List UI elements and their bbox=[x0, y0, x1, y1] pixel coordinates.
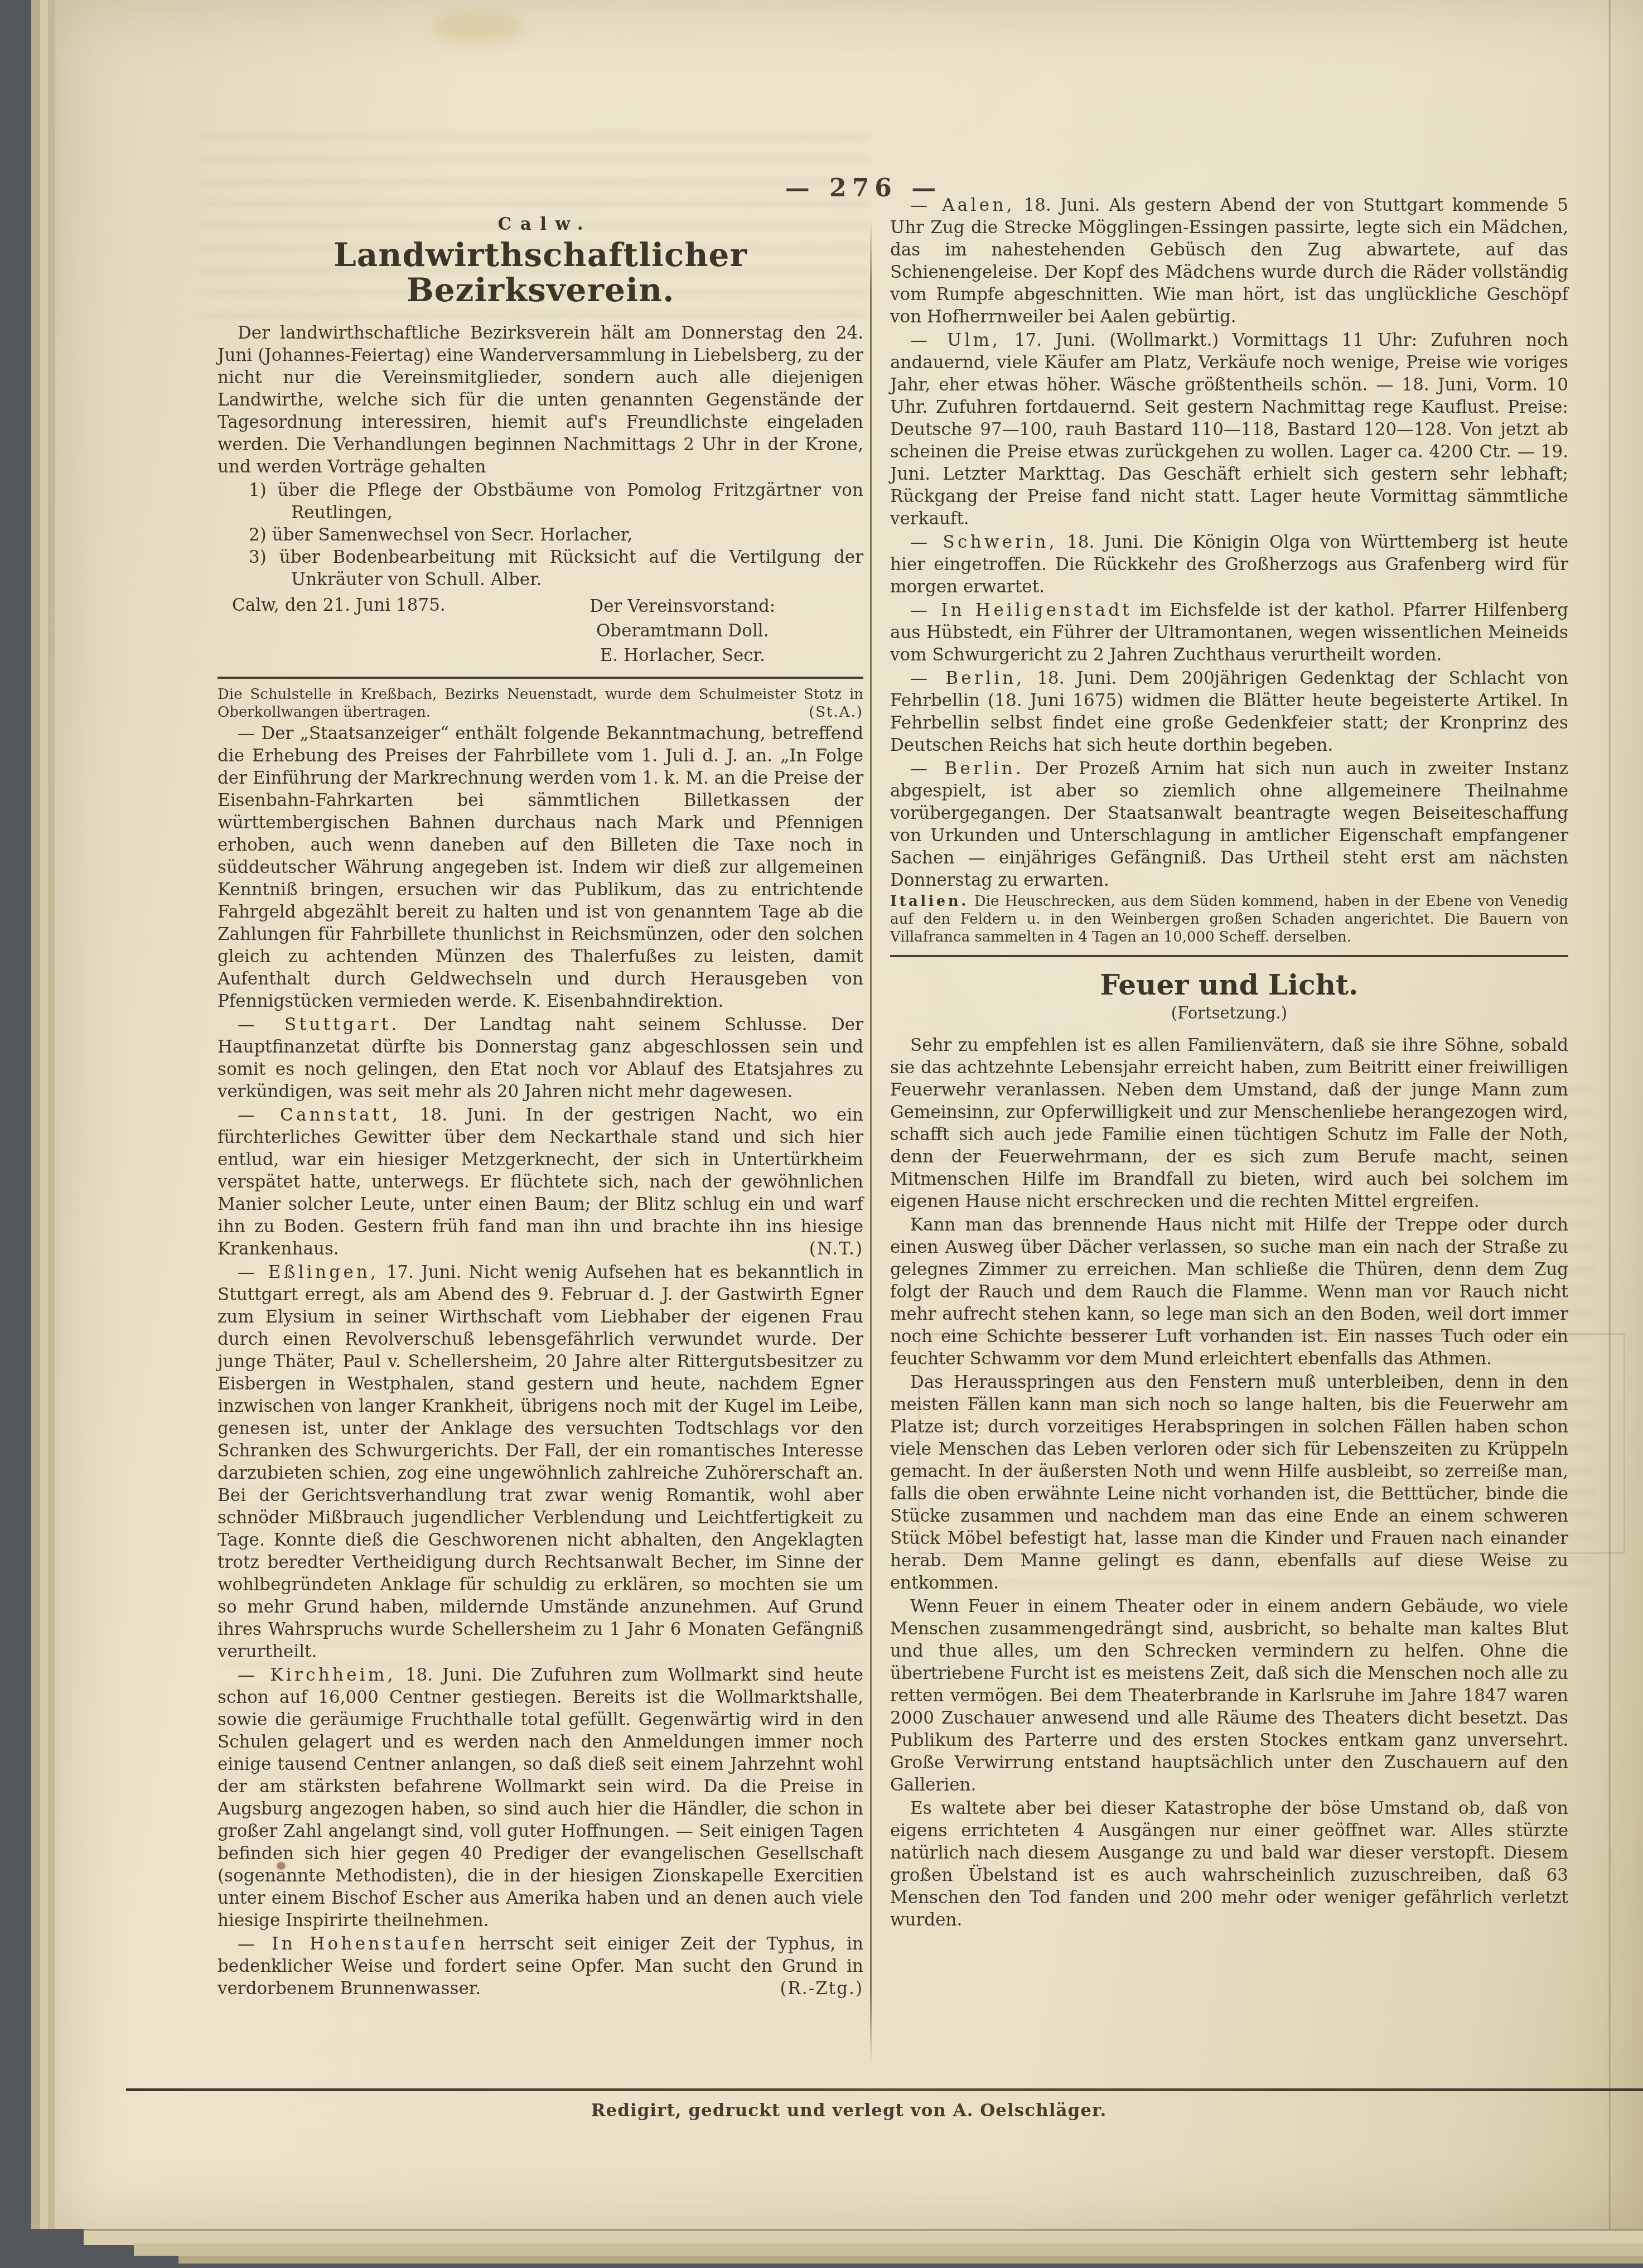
school-notice: Die Schulstelle in Kreßbach, Bezirks Neu… bbox=[218, 686, 863, 721]
source-tag: (St.A.) bbox=[809, 703, 863, 721]
bottom-page-edge bbox=[84, 2229, 1643, 2245]
feuilleton-paragraph: Es waltete aber bei dieser Katastrophe d… bbox=[890, 1797, 1568, 1931]
column-divider bbox=[870, 219, 872, 2065]
book-page-edge bbox=[48, 0, 55, 2229]
signature-block: Der Vereinsvorstand: Oberamtmann Doll. E… bbox=[502, 594, 863, 668]
news-article-esslingen: — Eßlingen, 17. Juni. Nicht wenig Aufseh… bbox=[218, 1261, 863, 1663]
signature-name: Oberamtmann Doll. bbox=[502, 619, 863, 643]
feuilleton-paragraph: Wenn Feuer in einem Theater oder in eine… bbox=[890, 1595, 1568, 1796]
article-headline: Landwirthschaftlicher Bezirksverein. bbox=[218, 238, 863, 307]
news-article-berlin-fehrbellin: — Berlin, 18. Juni. Dem 200jährigen Gede… bbox=[890, 667, 1568, 756]
agenda-item: 2) über Samenwechsel von Secr. Horlacher… bbox=[218, 524, 863, 546]
right-column: — Aalen, 18. Juni. Als gestern Abend der… bbox=[890, 194, 1568, 1932]
news-article-stuttgart: — Stuttgart. Der Landtag naht seinem Sch… bbox=[218, 1014, 863, 1103]
signature-name: E. Horlacher, Secr. bbox=[502, 643, 863, 668]
section-rule bbox=[218, 677, 863, 679]
agenda-list: 1) über die Pflege der Obstbäume von Pom… bbox=[218, 479, 863, 591]
left-column: Calw. Landwirthschaftlicher Bezirksverei… bbox=[218, 213, 863, 2001]
feuilleton-paragraph: Kann man das brennende Haus nicht mit Hi… bbox=[890, 1214, 1568, 1370]
signature-row: Calw, den 21. Juni 1875. Der Vereinsvors… bbox=[218, 594, 863, 668]
imprint-line: Redigirt, gedruckt und verlegt von A. Oe… bbox=[55, 2101, 1643, 2121]
agenda-item: 3) über Bodenbearbeitung mit Rücksicht a… bbox=[218, 546, 863, 591]
feuilleton-rule bbox=[890, 955, 1568, 957]
signature-role: Der Vereinsvorstand: bbox=[502, 594, 863, 619]
article-intro: Der landwirthschaftliche Bezirksverein h… bbox=[218, 322, 863, 478]
italien-lead: Italien. bbox=[890, 893, 969, 910]
news-article-kirchheim: — Kirchheim, 18. Juni. Die Zufuhren zum … bbox=[218, 1664, 863, 1932]
feuilleton-paragraph: Sehr zu empfehlen ist es allen Familienv… bbox=[890, 1034, 1568, 1213]
bottom-page-edge bbox=[178, 2256, 1643, 2264]
feuilleton-title: Feuer und Licht. bbox=[890, 974, 1568, 996]
paper-stain bbox=[434, 11, 523, 45]
article-dateline: Calw. bbox=[218, 213, 863, 235]
news-article-schwerin: — Schwerin, 18. Juni. Die Königin Olga v… bbox=[890, 531, 1568, 598]
agenda-item: 1) über die Pflege der Obstbäume von Pom… bbox=[218, 479, 863, 524]
feuilleton-subtitle: (Fortsetzung.) bbox=[890, 1002, 1568, 1024]
signature-date: Calw, den 21. Juni 1875. bbox=[218, 594, 446, 668]
news-article-cannstatt: — Cannstatt, 18. Juni. In der gestrigen … bbox=[218, 1104, 863, 1260]
scanned-newspaper-photo: { "page": { "number": "— 276 —", "imprin… bbox=[0, 0, 1643, 2268]
newspaper-sheet: — 276 — Calw. Landwirthschaftlicher Bezi… bbox=[55, 0, 1643, 2229]
news-article-berlin-arnim: — Berlin. Der Prozeß Arnim hat sich nun … bbox=[890, 757, 1568, 891]
news-article-staatsanzeiger: — Der „Staatsanzeiger“ enthält folgende … bbox=[218, 722, 863, 1012]
imprint-rule bbox=[126, 2088, 1643, 2091]
source-tag: (R.-Ztg.) bbox=[760, 1977, 863, 2000]
news-article-ulm: — Ulm, 17. Juni. (Wollmarkt.) Vormittags… bbox=[890, 329, 1568, 530]
book-page-edge bbox=[31, 0, 40, 2229]
bottom-page-edge bbox=[134, 2243, 1643, 2256]
news-article-aalen: — Aalen, 18. Juni. Als gestern Abend der… bbox=[890, 194, 1568, 328]
news-article-heiligenstadt: — In Heiligenstadt im Eichsfelde ist der… bbox=[890, 599, 1568, 666]
news-article-italien: Italien. Die Heuschrecken, aus dem Süden… bbox=[890, 892, 1568, 946]
news-article-hohenstaufen: — In Hohenstaufen herrscht seit einiger … bbox=[218, 1933, 863, 2000]
source-tag: (N.T.) bbox=[789, 1238, 863, 1260]
fold-crease bbox=[1608, 0, 1611, 2229]
book-page-edge bbox=[40, 0, 48, 2229]
feuilleton-paragraph: Das Herausspringen aus den Fenstern muß … bbox=[890, 1371, 1568, 1594]
